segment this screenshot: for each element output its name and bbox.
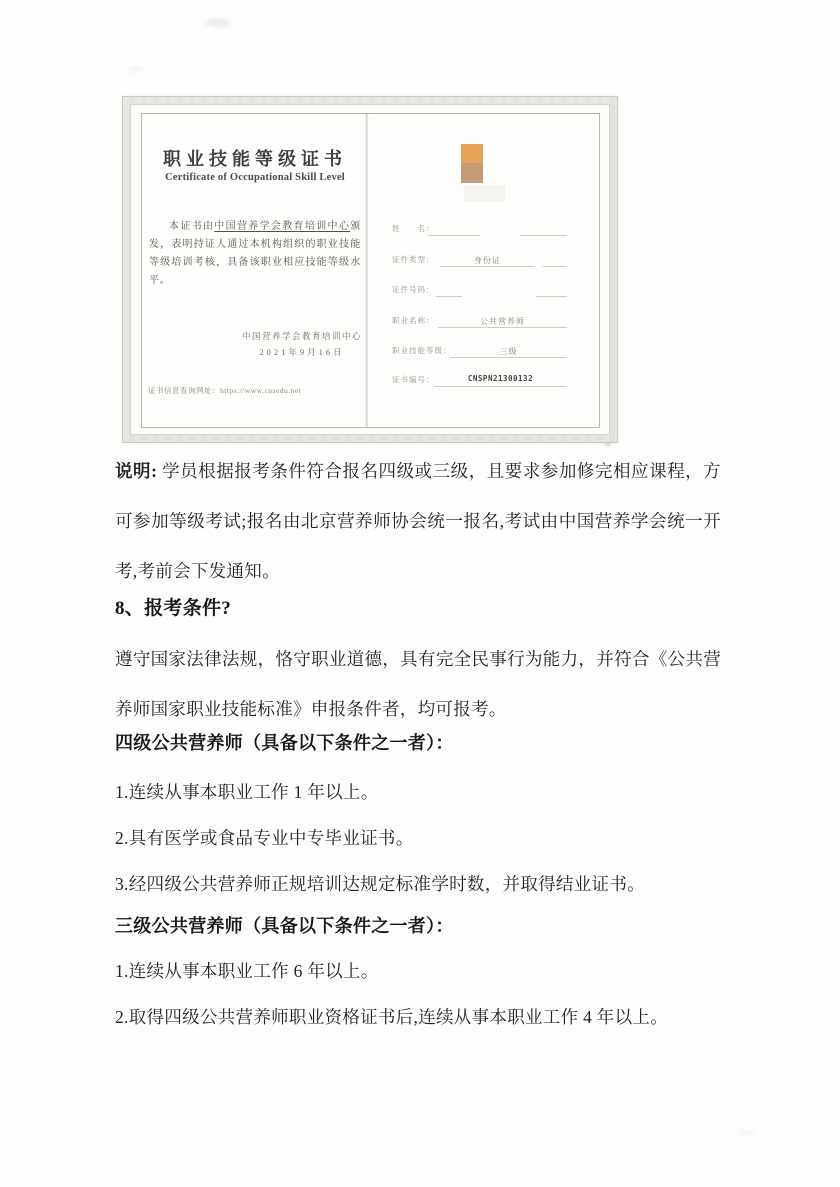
field-underline	[434, 385, 567, 387]
section8-heading: 8、报考条件?	[115, 584, 721, 634]
certificate-body-text: 本证书由中国营养学会教育培训中心颁发，表明持证人通过本机构组织的职业技能等级培训…	[149, 218, 361, 290]
note-paragraph: 说明: 学员根据报考条件符合报名四级或三级，且要求参加修完相应课程，方可参加等级…	[115, 446, 721, 596]
note-label: 说明:	[115, 461, 157, 481]
scanned-document-page: 职业技能等级证书 Certificate of Occupational Ski…	[0, 0, 840, 1187]
photo-placeholder	[461, 144, 483, 183]
field-certificate-number: 证书编号： CNSPN21300132	[392, 374, 570, 387]
level4-item-2: 2.具有医学或食品专业中专毕业证书。	[115, 815, 721, 861]
field-id-type-value: 身份证	[440, 255, 535, 266]
certificate-title-cn: 职业技能等级证书	[142, 145, 368, 171]
field-id-type-label: 证件类型：	[392, 254, 435, 265]
certificate-title-en: Certificate of Occupational Skill Level	[132, 172, 378, 183]
scan-smudge	[738, 1130, 754, 1136]
level3-item-1: 1.连续从事本职业工作 6 年以上。	[115, 948, 721, 994]
field-id-number: 证件号码：	[392, 284, 570, 297]
field-underline	[536, 295, 567, 297]
photo-placeholder-top	[461, 144, 483, 164]
field-id-number-label: 证件号码：	[392, 284, 435, 295]
certificate-image: 职业技能等级证书 Certificate of Occupational Ski…	[122, 96, 618, 443]
certificate-query-url: 证书信息查询网址：https://www.cnsedu.net	[148, 385, 301, 396]
field-occupation-label: 职业名称：	[392, 315, 435, 326]
level3-item-2: 2.取得四级公共营养师职业资格证书后,连续从事本职业工作 4 年以上。	[115, 994, 721, 1040]
level4-heading: 四级公共营养师（具备以下条件之一者）：	[115, 718, 721, 768]
note-text: 学员根据报考条件符合报名四级或三级，且要求参加修完相应课程，方可参加等级考试;报…	[115, 461, 721, 581]
photo-placeholder-bottom	[461, 163, 483, 183]
field-certificate-number-value: CNSPN21300132	[434, 374, 567, 383]
photo-placeholder-shadow	[464, 185, 505, 202]
level4-item-1: 1.连续从事本职业工作 1 年以上。	[115, 769, 721, 815]
certificate-body-issuer: 中国营养学会教育培训中心	[214, 221, 350, 232]
field-underline	[543, 265, 567, 267]
scan-smudge	[205, 18, 231, 27]
field-occupation-value: 公共营养师	[438, 316, 567, 327]
level3-item-list: 1.连续从事本职业工作 6 年以上。 2.取得四级公共营养师职业资格证书后,连续…	[115, 948, 721, 1040]
certificate-body-prefix: 本证书由	[169, 221, 214, 232]
field-underline	[428, 234, 480, 236]
field-skill-level-value: 三级	[450, 346, 567, 357]
level3-heading: 三级公共营养师（具备以下条件之一者）：	[115, 901, 721, 951]
field-skill-level: 职业技能等级： 三级	[392, 345, 570, 358]
field-underline	[520, 234, 567, 236]
certificate-issue-date: 2021年9月16日	[220, 346, 384, 358]
field-name-label: 姓 名：	[392, 223, 435, 234]
scan-smudge	[128, 66, 142, 72]
field-occupation: 职业名称： 公共营养师	[392, 315, 570, 328]
level4-item-list: 1.连续从事本职业工作 1 年以上。 2.具有医学或食品专业中专毕业证书。 3.…	[115, 769, 721, 907]
field-name: 姓 名：	[392, 223, 570, 236]
field-id-type: 证件类型： 身份证	[392, 254, 570, 267]
certificate-issuer: 中国营养学会教育培训中心	[220, 330, 384, 342]
field-skill-level-label: 职业技能等级：	[392, 345, 452, 356]
field-underline	[436, 295, 462, 297]
field-certificate-number-label: 证书编号：	[392, 374, 435, 385]
